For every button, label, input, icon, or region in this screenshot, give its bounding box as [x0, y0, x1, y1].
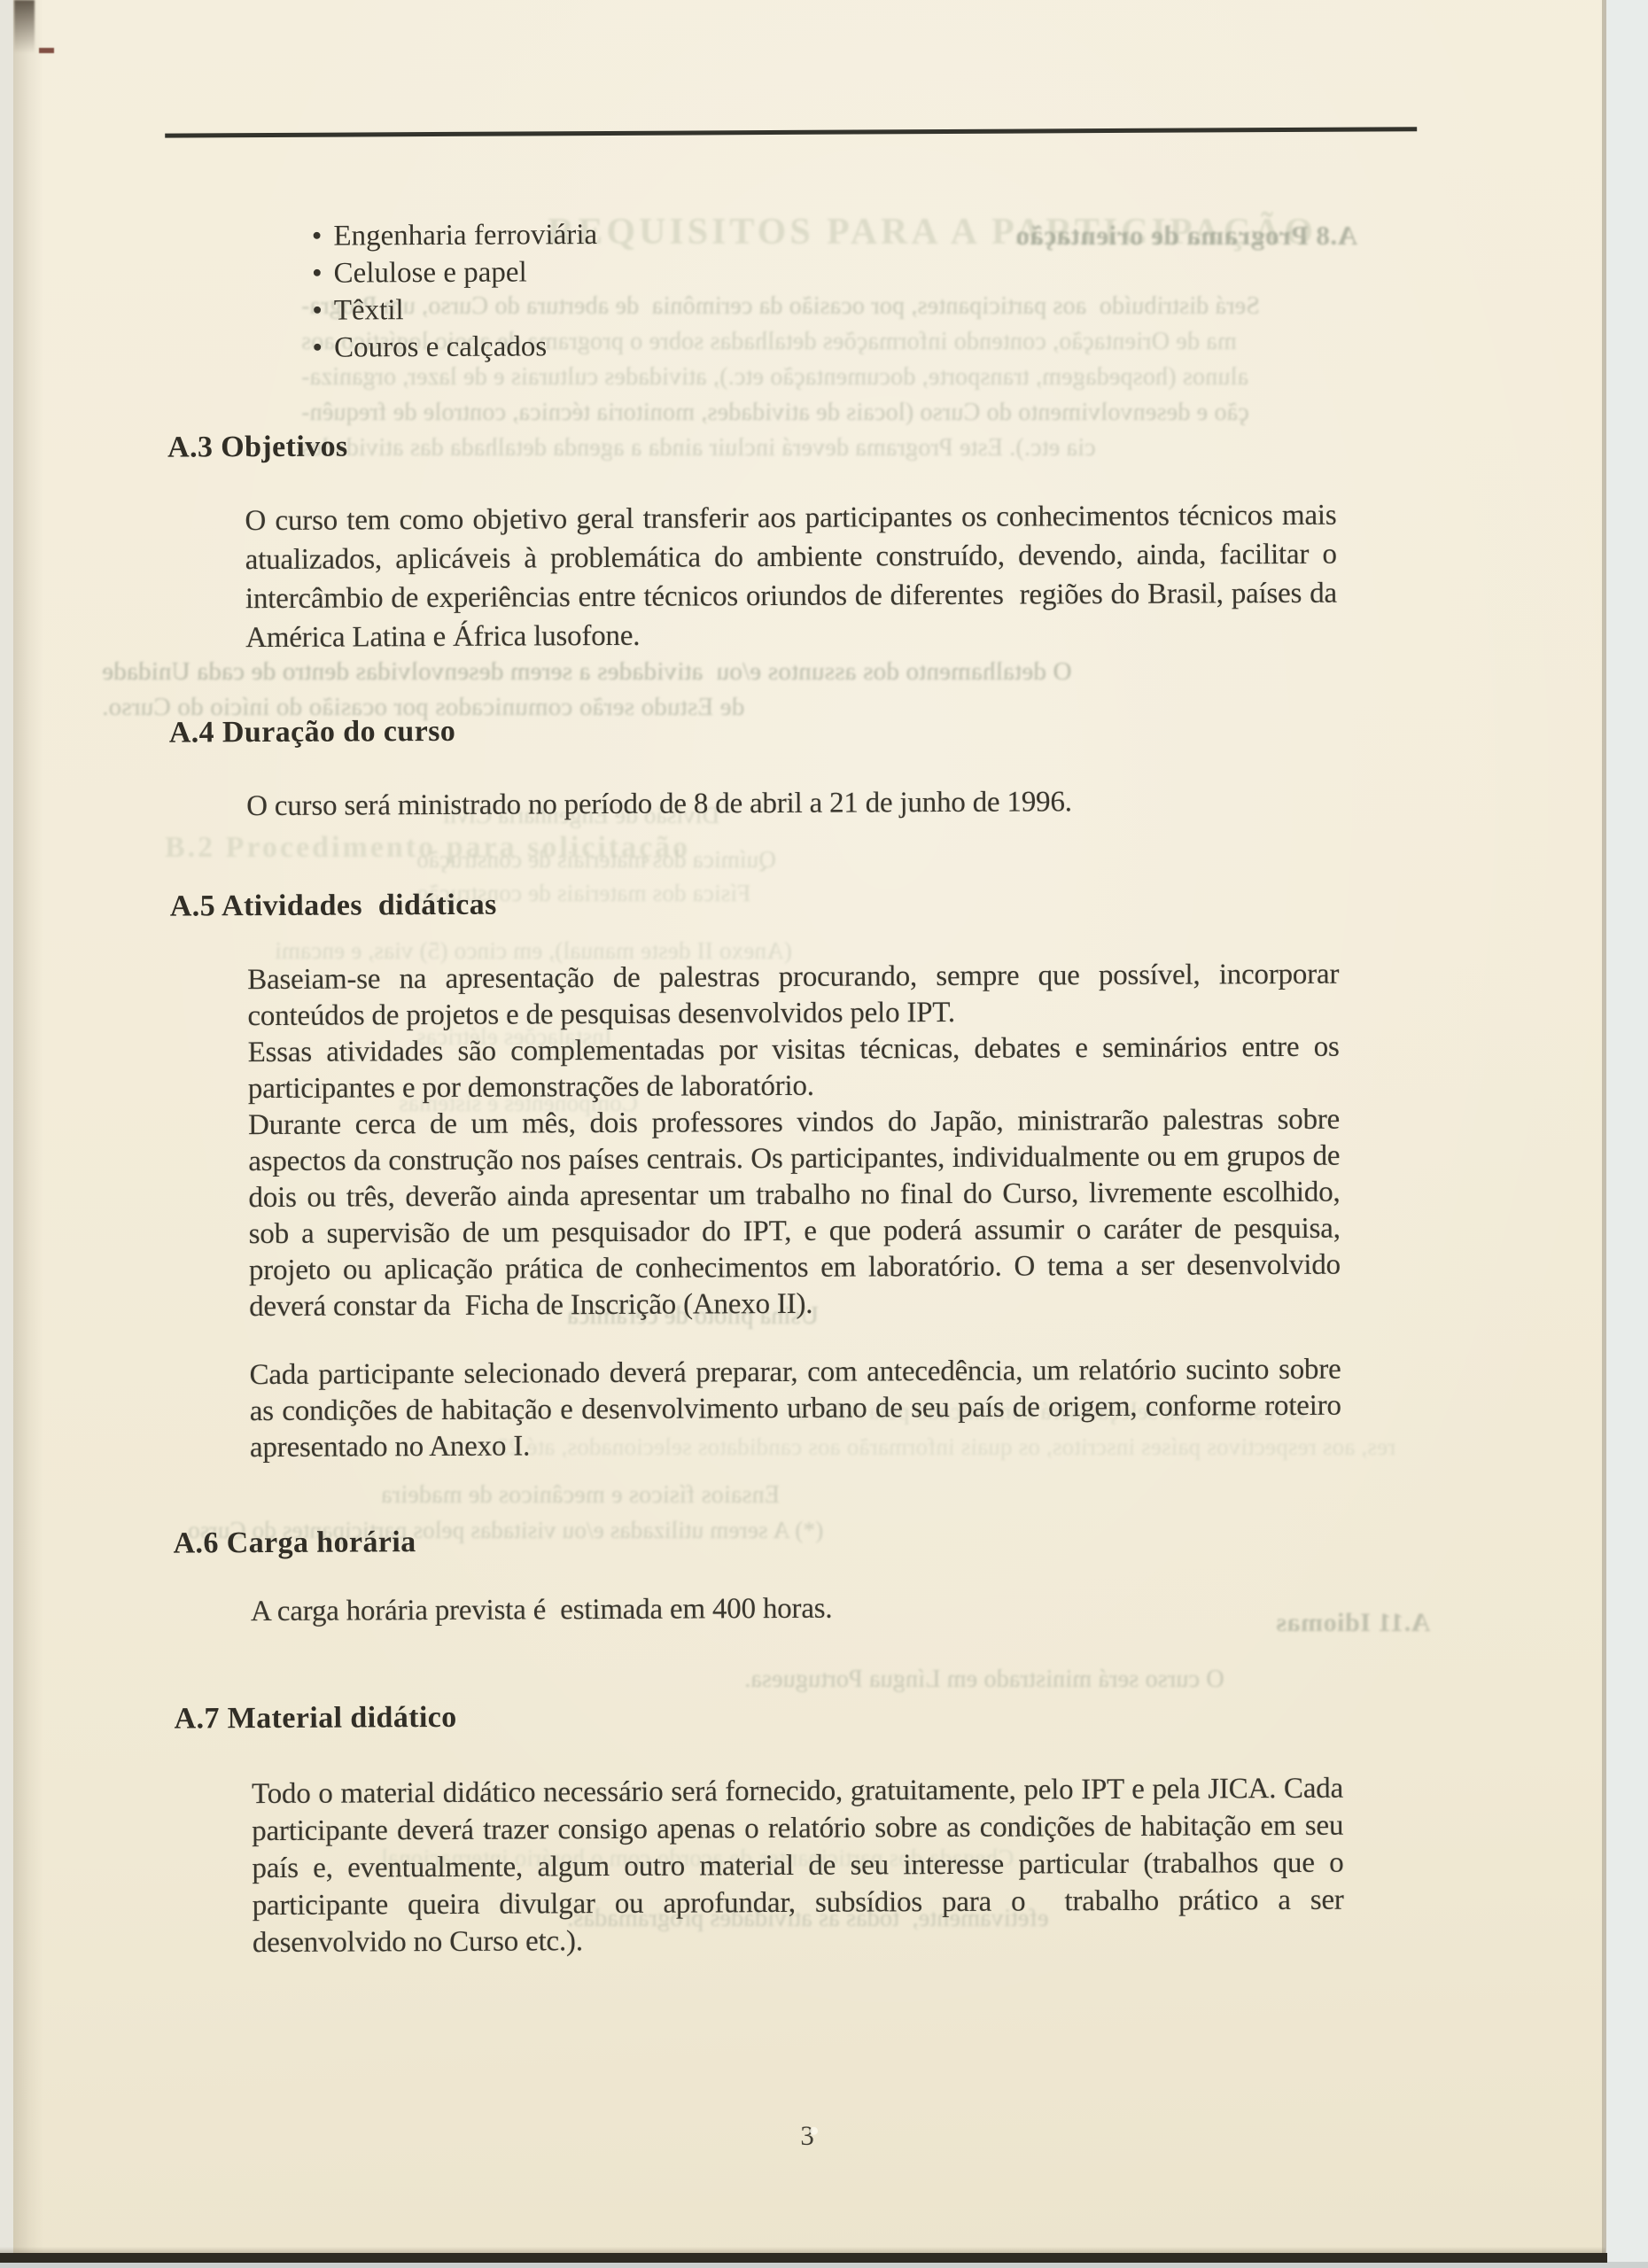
specialty-bullet-item: Couros e calçados [312, 328, 598, 367]
printed-content: Engenharia ferroviáriaCelulose e papelTê… [0, 0, 1648, 2268]
section-body-a6: A carga horária prevista é estimada em 4… [251, 1587, 1342, 1631]
body-paragraph: Cada participante selecionado deverá pre… [249, 1352, 1341, 1466]
body-paragraph: Baseiam-se na apresentação de palestras … [247, 957, 1339, 1035]
section-title-a7: A.7 Material didático [174, 1701, 456, 1736]
section-body-a3: O curso tem como objetivo geral transfer… [245, 496, 1337, 657]
body-paragraph: O curso será ministrado no período de 8 … [246, 781, 1338, 826]
section-body-a5: Baseiam-se na apresentação de palestras … [247, 957, 1341, 1466]
section-title-a4: A.4 Duração do curso [169, 715, 456, 750]
body-paragraph: Durante cerca de um mês, dois professore… [248, 1102, 1341, 1325]
section-body-a7: Todo o material didático necessário será… [252, 1770, 1344, 1961]
paper-defect-speck [810, 2127, 818, 2135]
scanned-document-page: REQUISITOS PARA A PARTICIPAÇÃOA.8 Progra… [0, 0, 1648, 2268]
header-rule [165, 127, 1417, 137]
body-paragraph: Todo o material didático necessário será… [252, 1770, 1344, 1961]
section-title-a3: A.3 Objetivos [167, 431, 348, 465]
section-title-a5: A.5 Atividades didáticas [170, 889, 497, 924]
specialty-bullet-item: Têxtil [312, 291, 598, 330]
specialty-bullet-item: Celulose e papel [312, 253, 598, 292]
body-paragraph: Essas atividades são complementadas por … [248, 1029, 1340, 1107]
body-paragraph: A carga horária prevista é estimada em 4… [251, 1587, 1342, 1631]
section-title-a6: A.6 Carga horária [173, 1526, 416, 1560]
section-body-a4: O curso será ministrado no período de 8 … [246, 781, 1338, 826]
specialty-list: Engenharia ferroviáriaCelulose e papelTê… [312, 216, 598, 367]
body-paragraph: O curso tem como objetivo geral transfer… [245, 496, 1337, 657]
page-number: 3 [781, 2120, 834, 2152]
specialty-bullet-item: Engenharia ferroviária [312, 216, 598, 255]
